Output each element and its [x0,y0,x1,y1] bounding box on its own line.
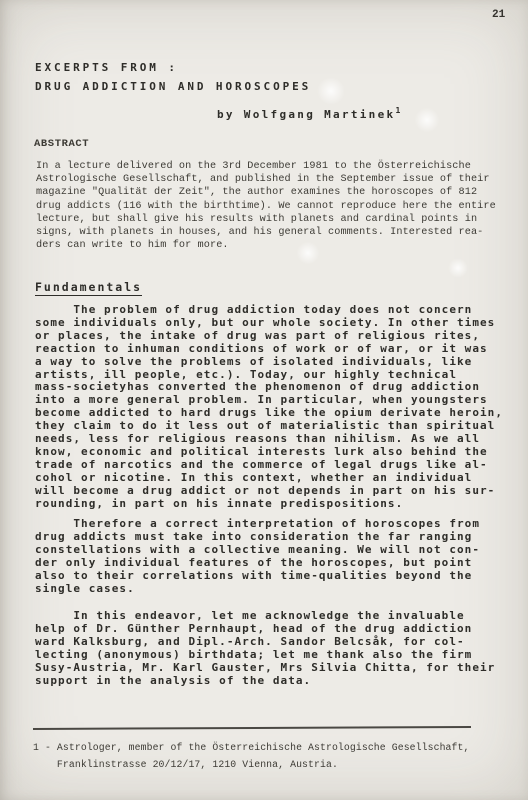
abstract-text: In a lecture delivered on the 3rd Decemb… [36,160,496,252]
article-title-line-2: DRUG ADDICTION AND HOROSCOPES [35,80,311,93]
abstract-heading: ABSTRACT [34,138,89,150]
footnote-text: 1 - Astrologer, member of the Österreich… [33,740,469,773]
paragraph-1: The problem of drug addiction today does… [35,304,503,511]
paragraph-2: Therefore a correct interpretation of ho… [35,518,480,595]
scanned-article-page: 21 EXCERPTS FROM : DRUG ADDICTION AND HO… [0,0,528,800]
page-number: 21 [492,9,505,21]
article-title-line-1: EXCERPTS FROM : [35,61,178,74]
byline-footnote-ref: 1 [395,106,400,115]
section-heading-fundamentals: Fundamentals [35,280,142,296]
byline-text: by Wolfgang Martinek [217,108,395,121]
scan-artifact [448,258,468,278]
scan-artifact [414,108,440,132]
scan-artifact [316,78,346,104]
footnote-divider [33,726,471,730]
byline: by Wolfgang Martinek1 [217,106,400,121]
paragraph-3: In this endeavor, let me acknowledge the… [35,610,495,687]
